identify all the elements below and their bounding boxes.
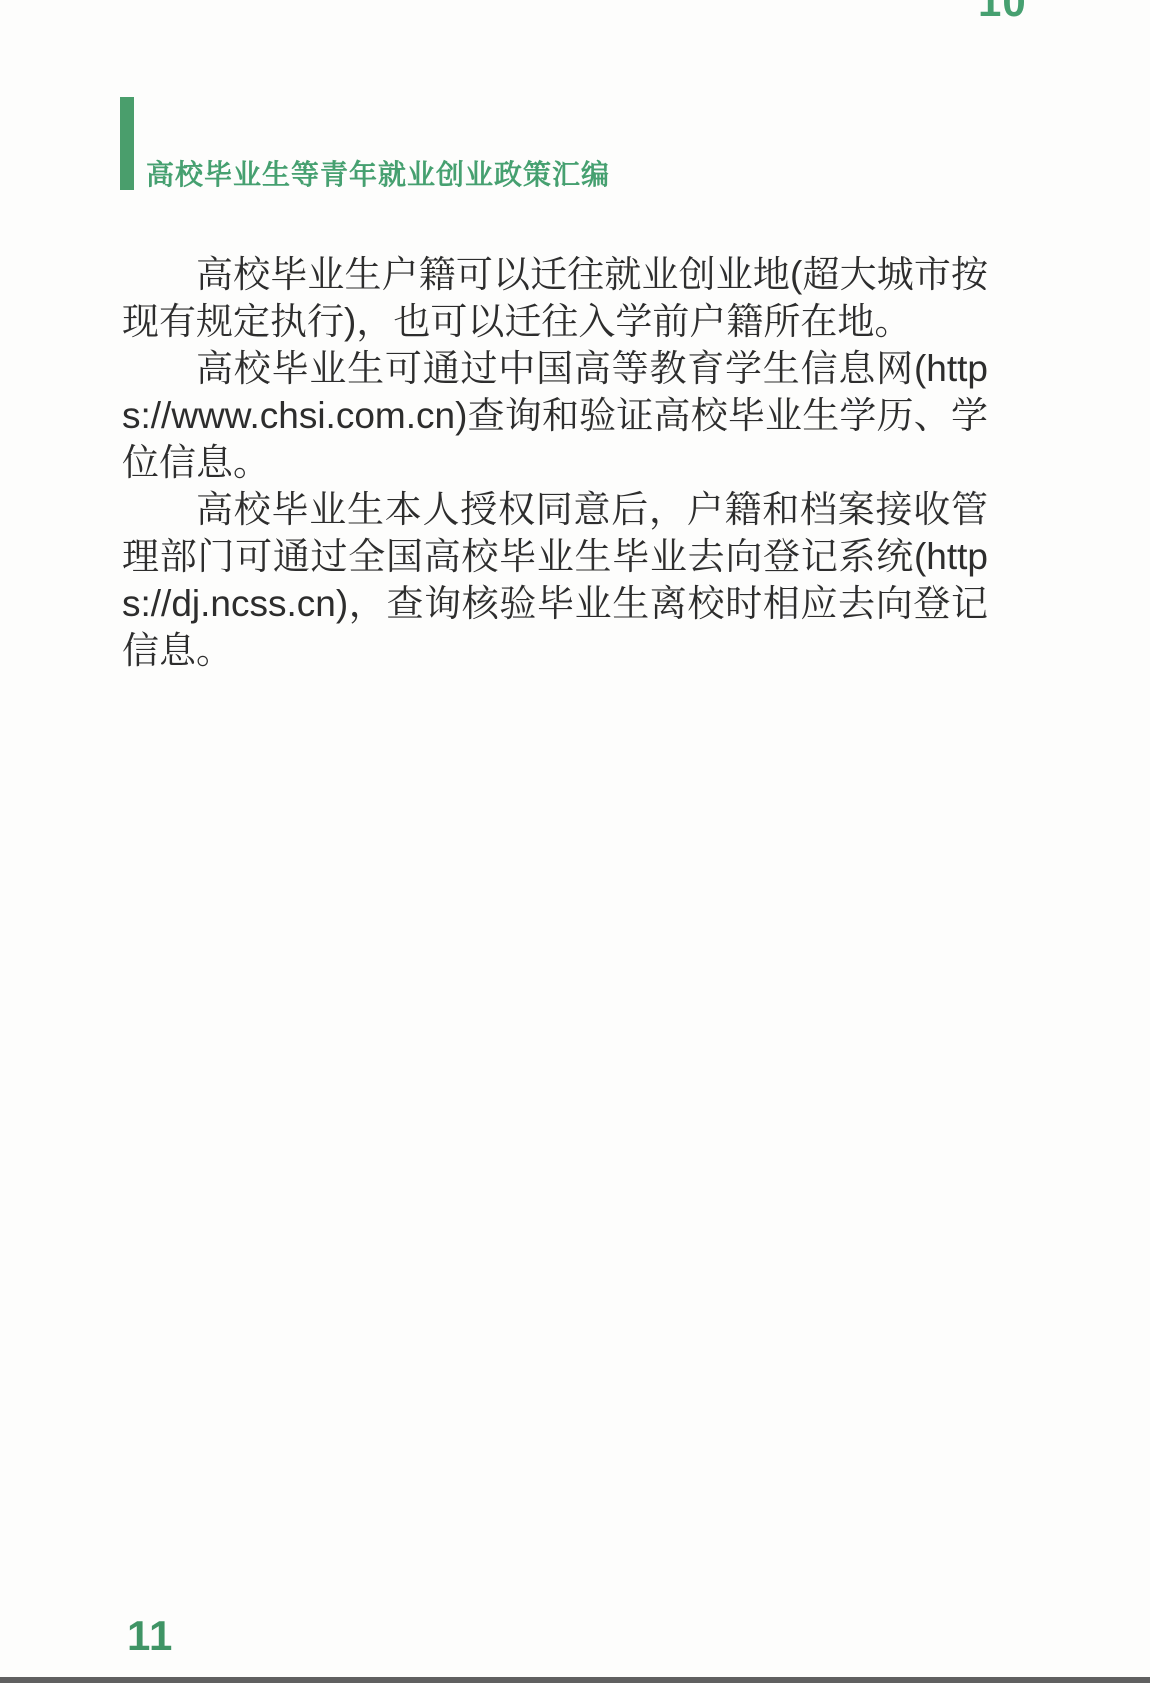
bottom-edge-strip	[0, 1677, 1150, 1683]
body-text-block: 高校毕业生户籍可以迁往就业创业地(超大城市按现有规定执行)，也可以迁往入学前户籍…	[122, 251, 988, 674]
document-page: 10 高校毕业生等青年就业创业政策汇编 高校毕业生户籍可以迁往就业创业地(超大城…	[0, 0, 1150, 1683]
paragraph-household-registration: 高校毕业生户籍可以迁往就业创业地(超大城市按现有规定执行)，也可以迁往入学前户籍…	[122, 251, 988, 345]
page-number-bottom: 11	[127, 1612, 173, 1660]
chapter-header: 高校毕业生等青年就业创业政策汇编	[120, 97, 610, 190]
document-title: 高校毕业生等青年就业创业政策汇编	[146, 161, 610, 190]
header-accent-bar	[120, 97, 134, 190]
page-number-top: 10	[978, 0, 1027, 26]
paragraph-destination-registration: 高校毕业生本人授权同意后，户籍和档案接收管理部门可通过全国高校毕业生毕业去向登记…	[122, 486, 988, 674]
paragraph-chsi-verification: 高校毕业生可通过中国高等教育学生信息网(https://www.chsi.com…	[122, 345, 988, 486]
